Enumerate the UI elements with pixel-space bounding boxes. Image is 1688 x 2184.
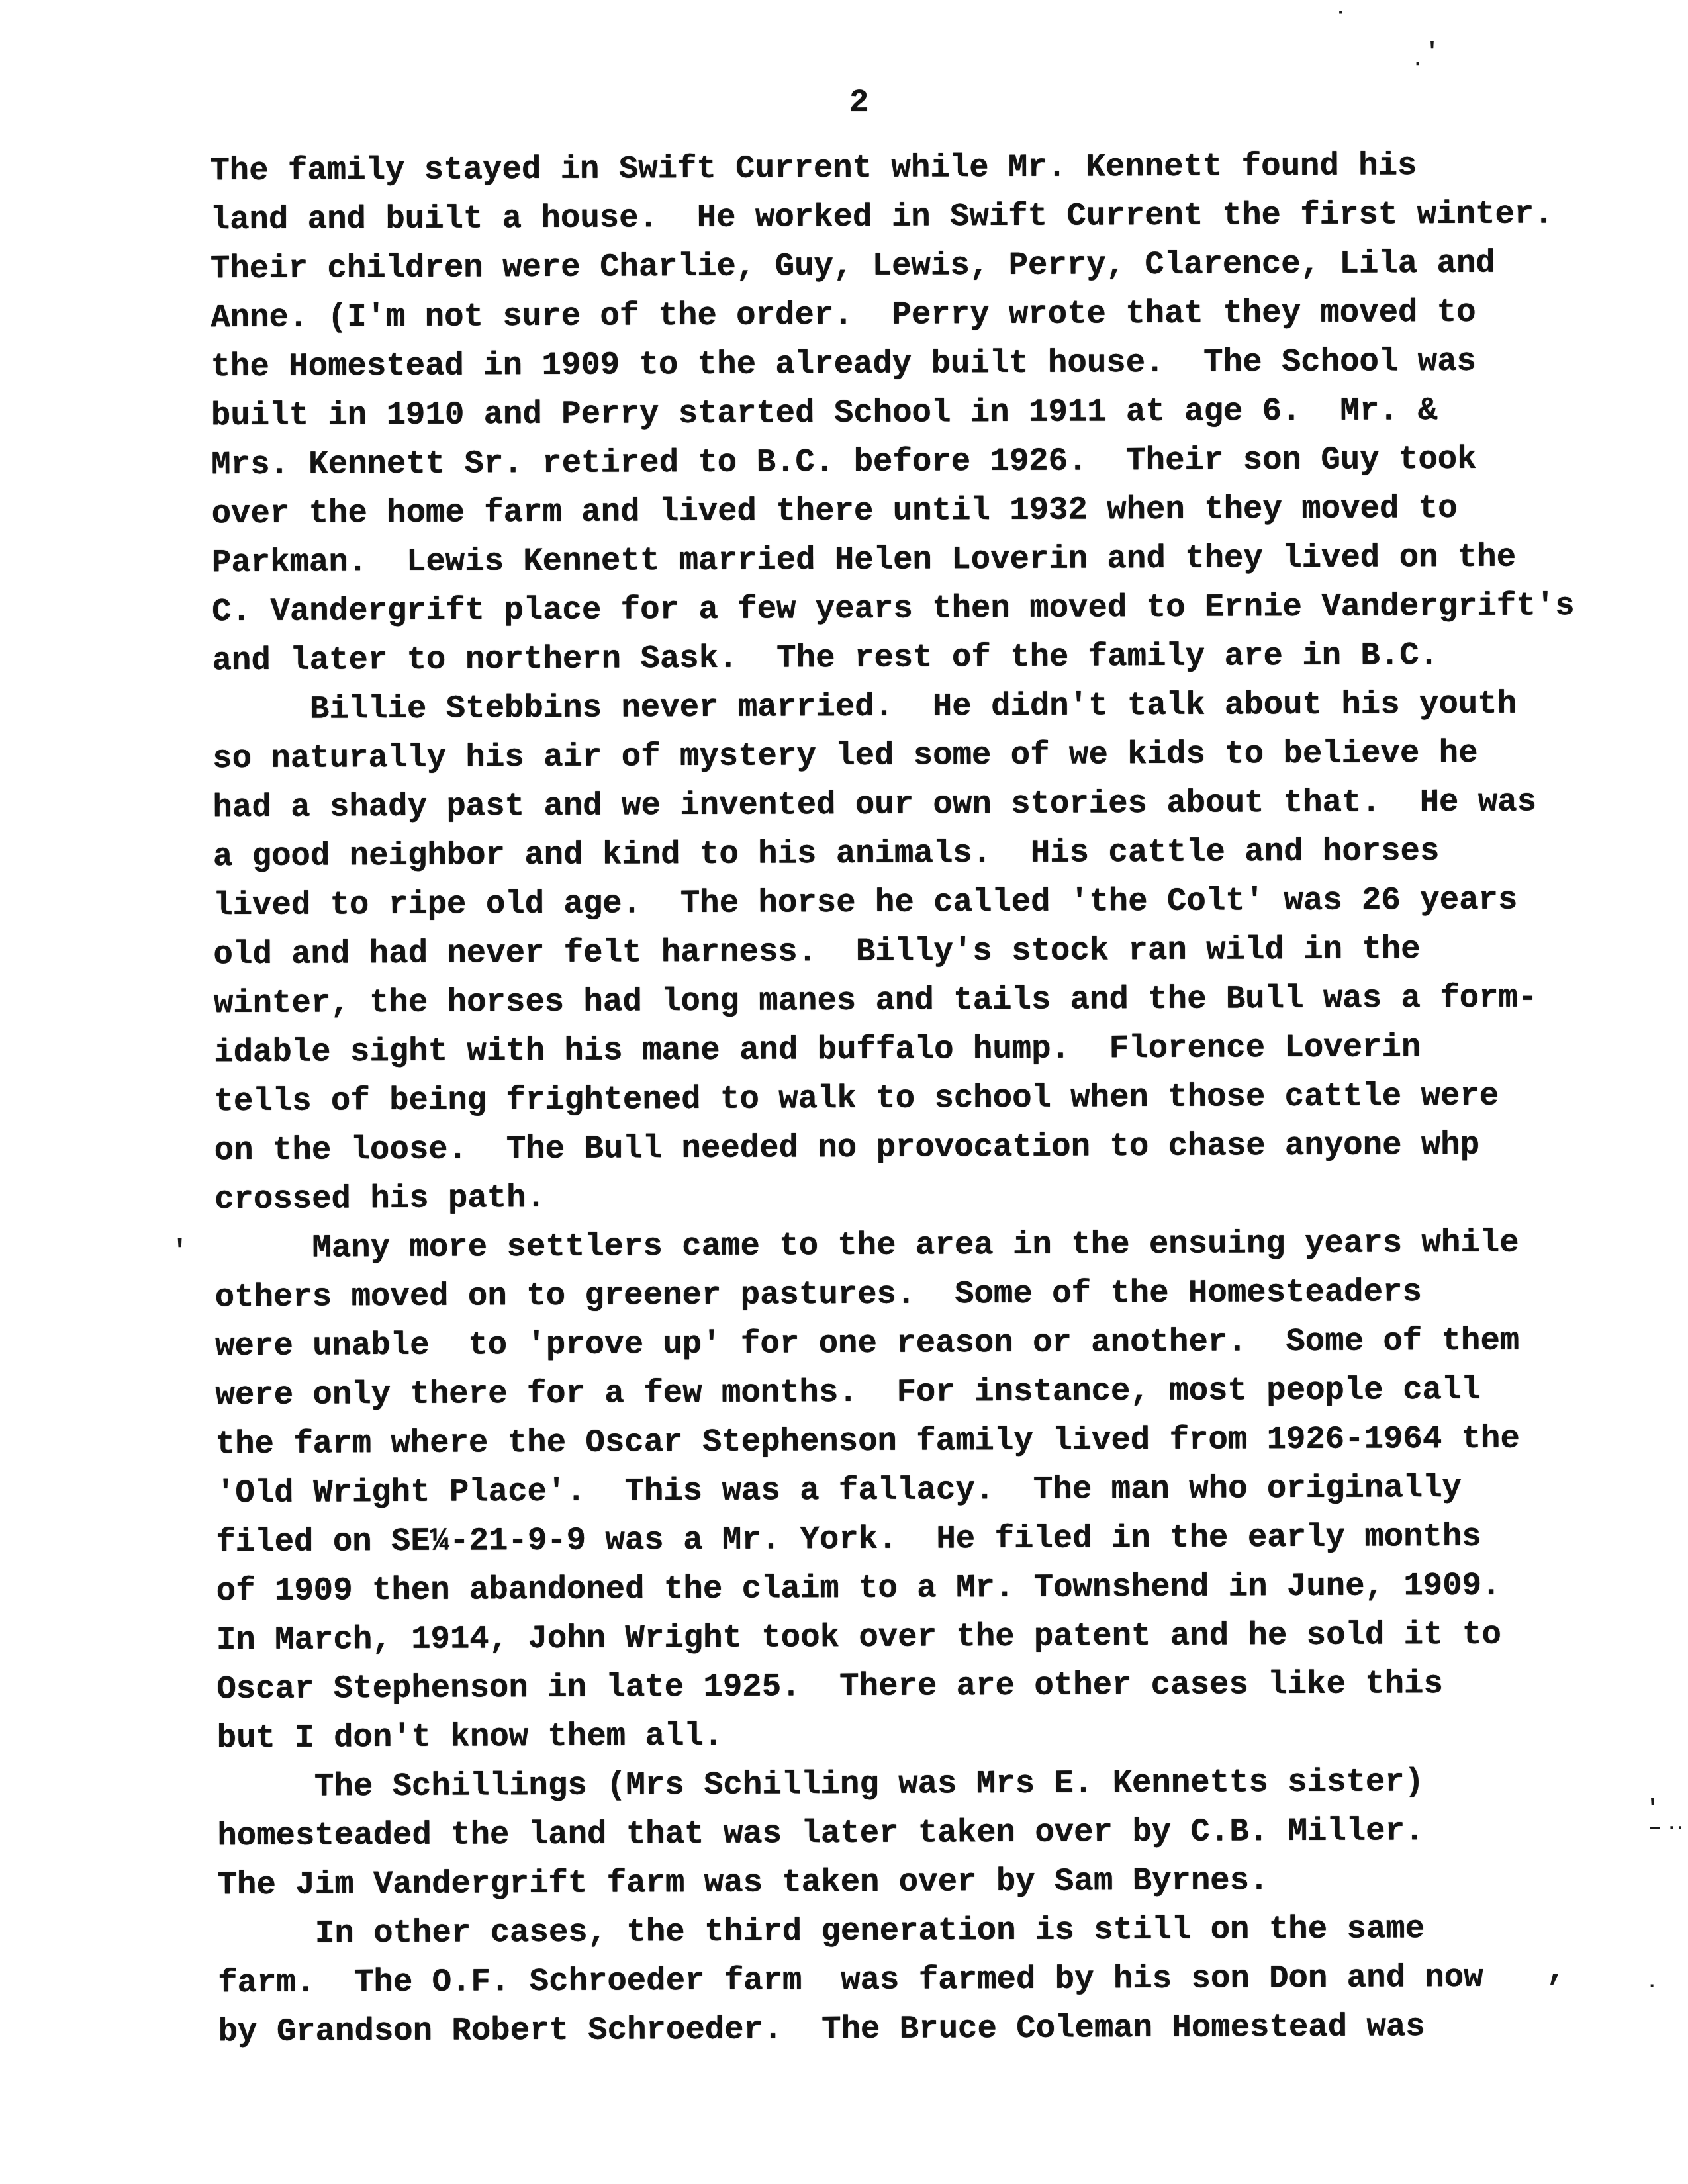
- scan-speck-top-right-2: .: [1412, 49, 1424, 71]
- scan-speck-right-dash: — ··: [1650, 1817, 1683, 1837]
- paragraph-billie-stebbins: Billie Stebbins never married. He didn't…: [212, 679, 1612, 1224]
- scan-speck-stray-comma: ,: [1546, 1950, 1566, 1989]
- scan-speck-top-right-3: ': [1425, 38, 1440, 66]
- paragraph-schillings: The Schillings (Mrs Schilling was Mrs E.…: [217, 1756, 1615, 1909]
- scan-speck-top-right-1: ·: [1335, 2, 1346, 24]
- body-text: The family stayed in Swift Current while…: [210, 140, 1615, 2056]
- scan-speck-right-dot: .: [1646, 1973, 1658, 1993]
- document-page: 2 The family stayed in Swift Current whi…: [0, 0, 1688, 2184]
- paragraph-kennett-family: The family stayed in Swift Current while…: [210, 140, 1609, 685]
- page-content: 2 The family stayed in Swift Current whi…: [0, 0, 1688, 2184]
- paragraph-more-settlers: Many more settlers came to the area in t…: [214, 1218, 1614, 1762]
- page-number: 2: [849, 78, 869, 127]
- scan-speck-left-margin: ': [171, 1235, 189, 1268]
- paragraph-third-generation: In other cases, the third generation is …: [218, 1903, 1615, 2056]
